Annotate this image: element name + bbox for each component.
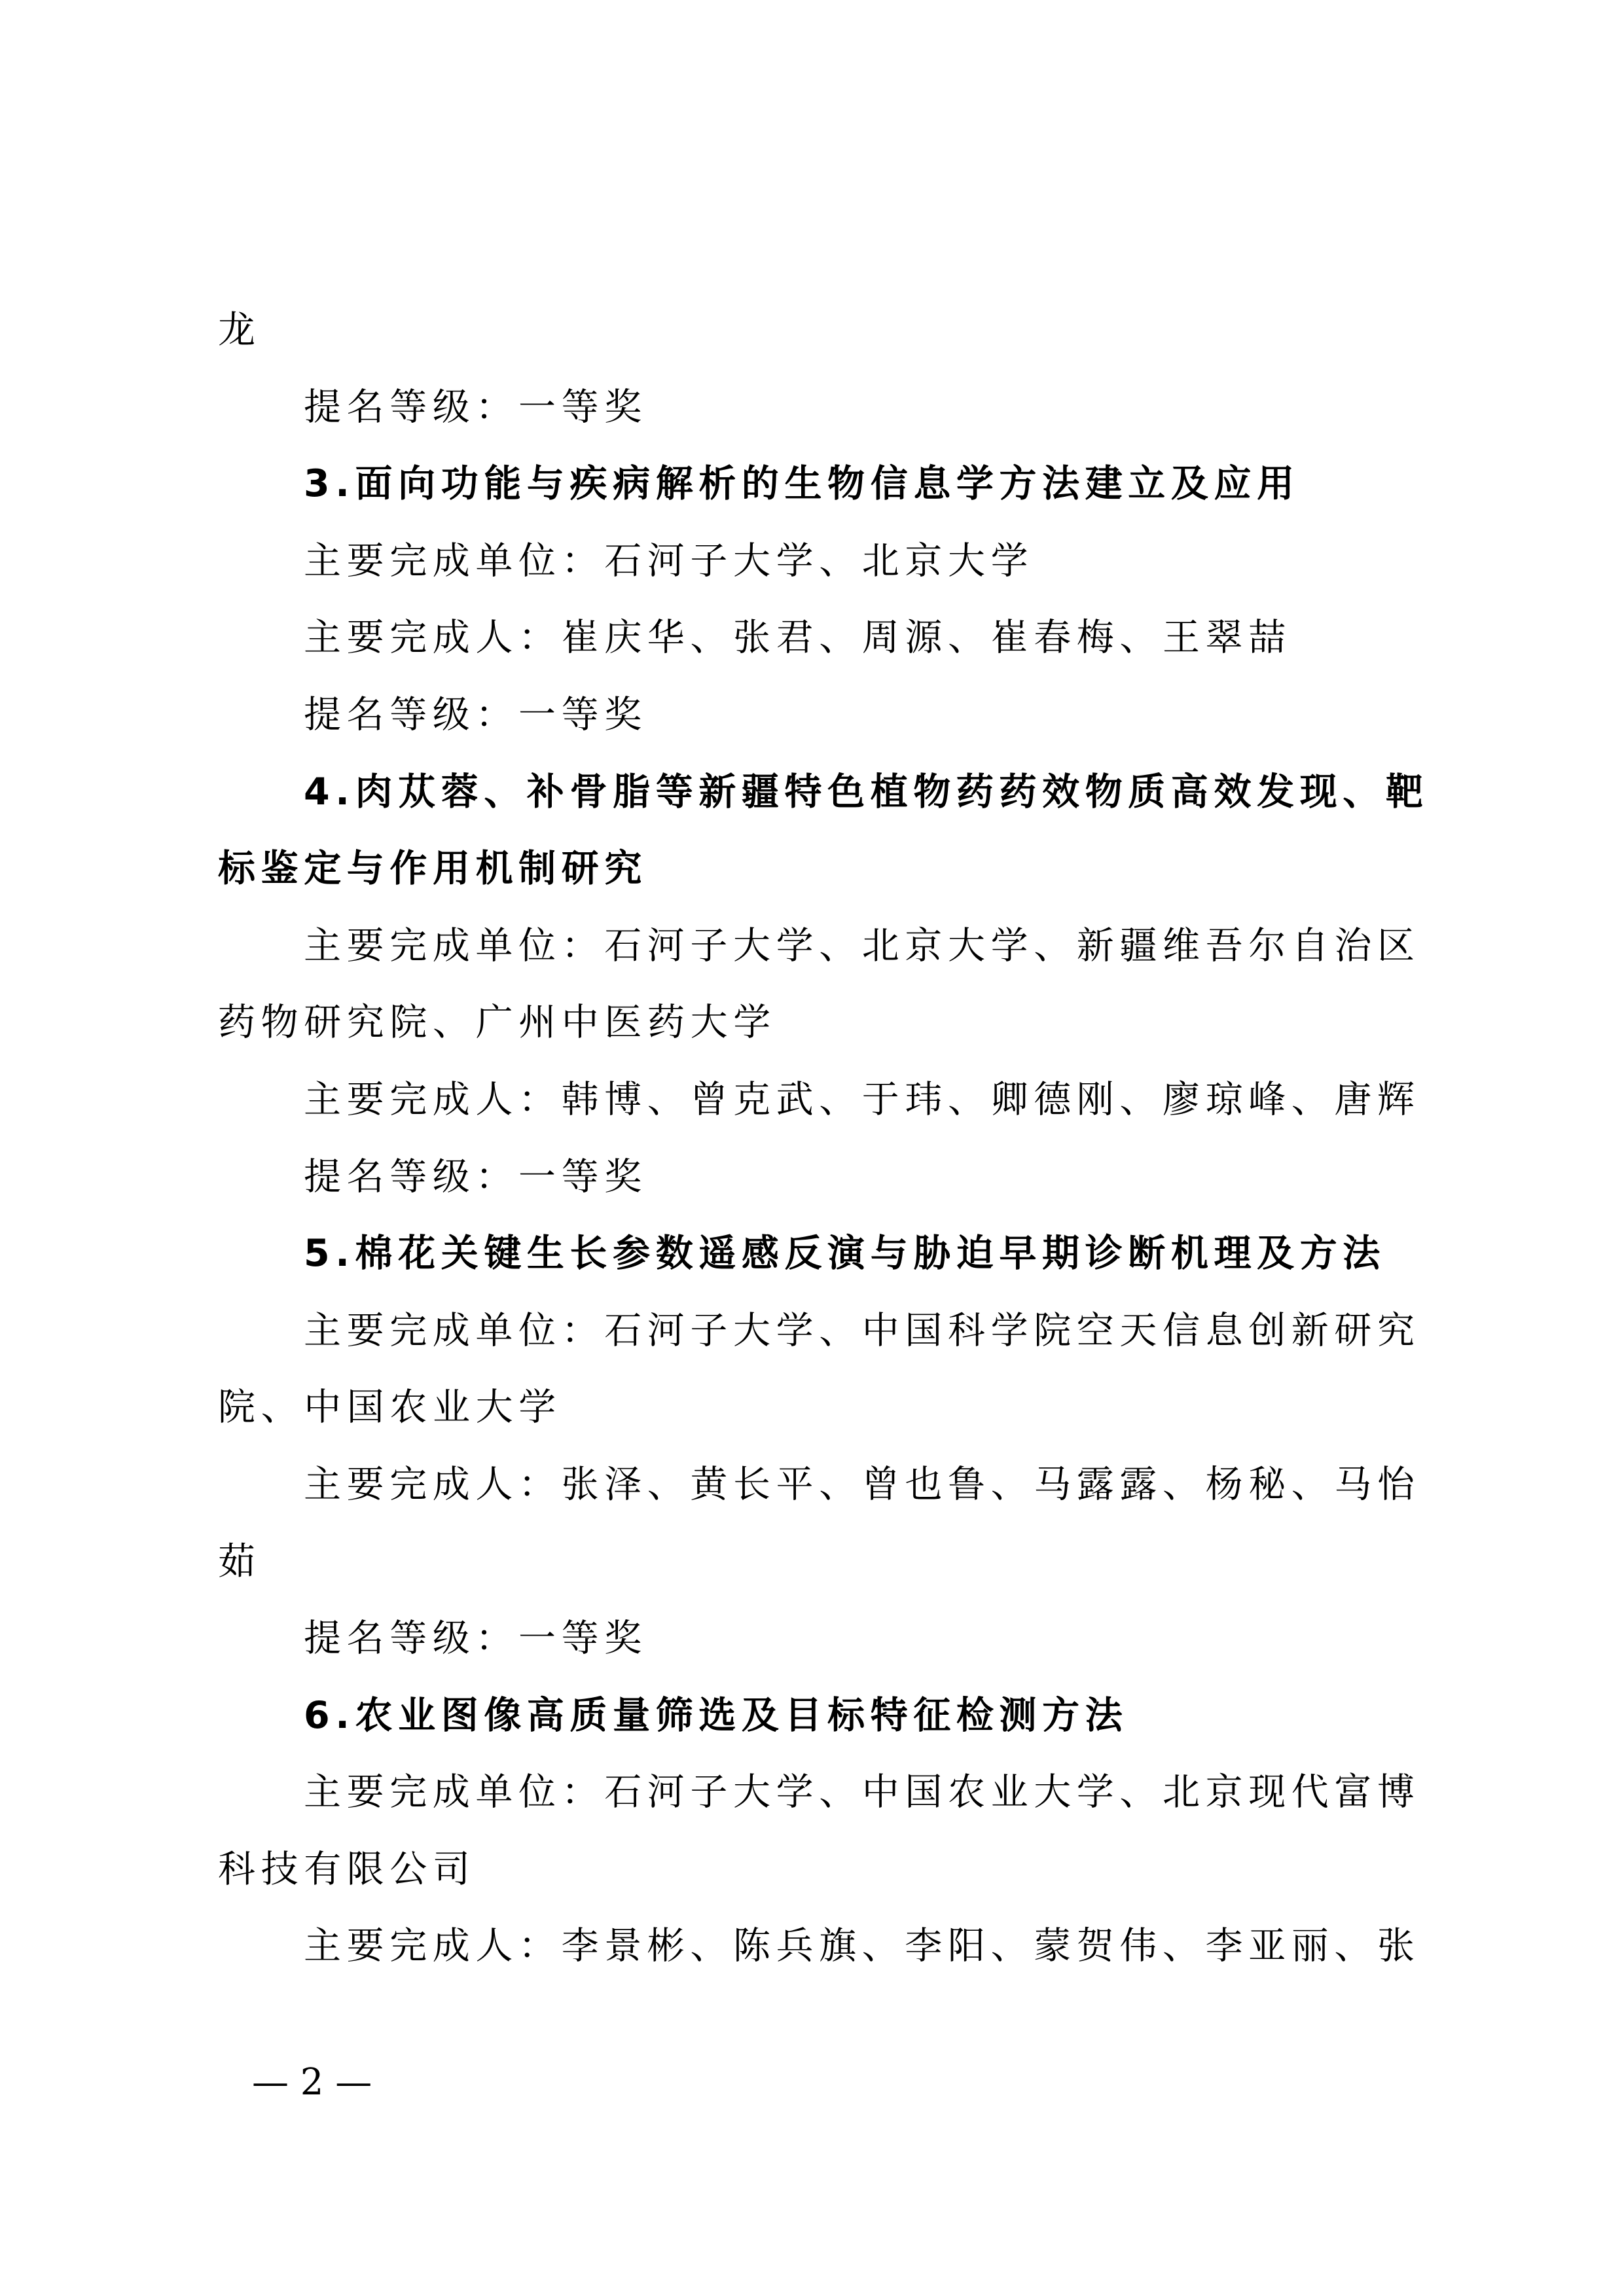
project-3-level: 提名等级：一等奖 bbox=[218, 677, 1422, 754]
text-line-continuation: 龙 bbox=[218, 292, 1422, 369]
nomination-level: 提名等级：一等奖 bbox=[218, 369, 1422, 446]
project-4-persons: 主要完成人：韩博、曾克武、于玮、卿德刚、廖琼峰、唐辉 bbox=[218, 1062, 1422, 1139]
project-title-6: 6.农业图像高质量筛选及目标特征检测方法 bbox=[218, 1677, 1422, 1755]
project-5-units-cont: 院、中国农业大学 bbox=[218, 1369, 1422, 1446]
project-3-persons: 主要完成人：崔庆华、张君、周源、崔春梅、王翠喆 bbox=[218, 600, 1422, 677]
project-5-persons: 主要完成人：张泽、黄长平、曾也鲁、马露露、杨秘、马怡 bbox=[218, 1446, 1422, 1524]
project-3-units: 主要完成单位：石河子大学、北京大学 bbox=[218, 523, 1422, 600]
project-4-units-cont: 药物研究院、广州中医药大学 bbox=[218, 984, 1422, 1062]
project-title-3: 3.面向功能与疾病解析的生物信息学方法建立及应用 bbox=[218, 446, 1422, 523]
project-4-units: 主要完成单位：石河子大学、北京大学、新疆维吾尔自治区 bbox=[218, 908, 1422, 985]
project-title-5: 5.棉花关键生长参数遥感反演与胁迫早期诊断机理及方法 bbox=[218, 1215, 1422, 1293]
project-6-units: 主要完成单位：石河子大学、中国农业大学、北京现代富博 bbox=[218, 1754, 1422, 1831]
project-4-level: 提名等级：一等奖 bbox=[218, 1139, 1422, 1216]
project-6-units-cont: 科技有限公司 bbox=[218, 1831, 1422, 1909]
project-5-level: 提名等级：一等奖 bbox=[218, 1600, 1422, 1677]
document-body: 龙 提名等级：一等奖 3.面向功能与疾病解析的生物信息学方法建立及应用 主要完成… bbox=[218, 292, 1422, 1985]
project-6-persons: 主要完成人：李景彬、陈兵旗、李阳、蒙贺伟、李亚丽、张 bbox=[218, 1908, 1422, 1985]
page-number: — 2 — bbox=[252, 2063, 372, 2102]
project-5-persons-cont: 茹 bbox=[218, 1524, 1422, 1601]
project-title-4: 4.肉苁蓉、补骨脂等新疆特色植物药药效物质高效发现、靶 bbox=[218, 754, 1422, 831]
project-5-units: 主要完成单位：石河子大学、中国科学院空天信息创新研究 bbox=[218, 1293, 1422, 1370]
project-title-4-cont: 标鉴定与作用机制研究 bbox=[218, 831, 1422, 908]
